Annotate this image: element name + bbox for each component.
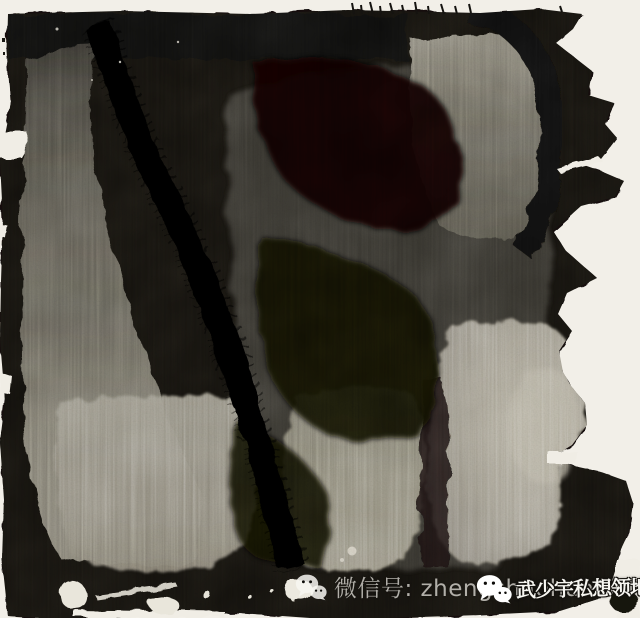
grain-texture xyxy=(0,8,640,618)
artwork-photo: 微信号: zhengshaohua 武少宇私想领地 xyxy=(0,0,640,618)
ink-interior xyxy=(0,0,640,618)
abstract-ink-painting xyxy=(0,0,640,618)
